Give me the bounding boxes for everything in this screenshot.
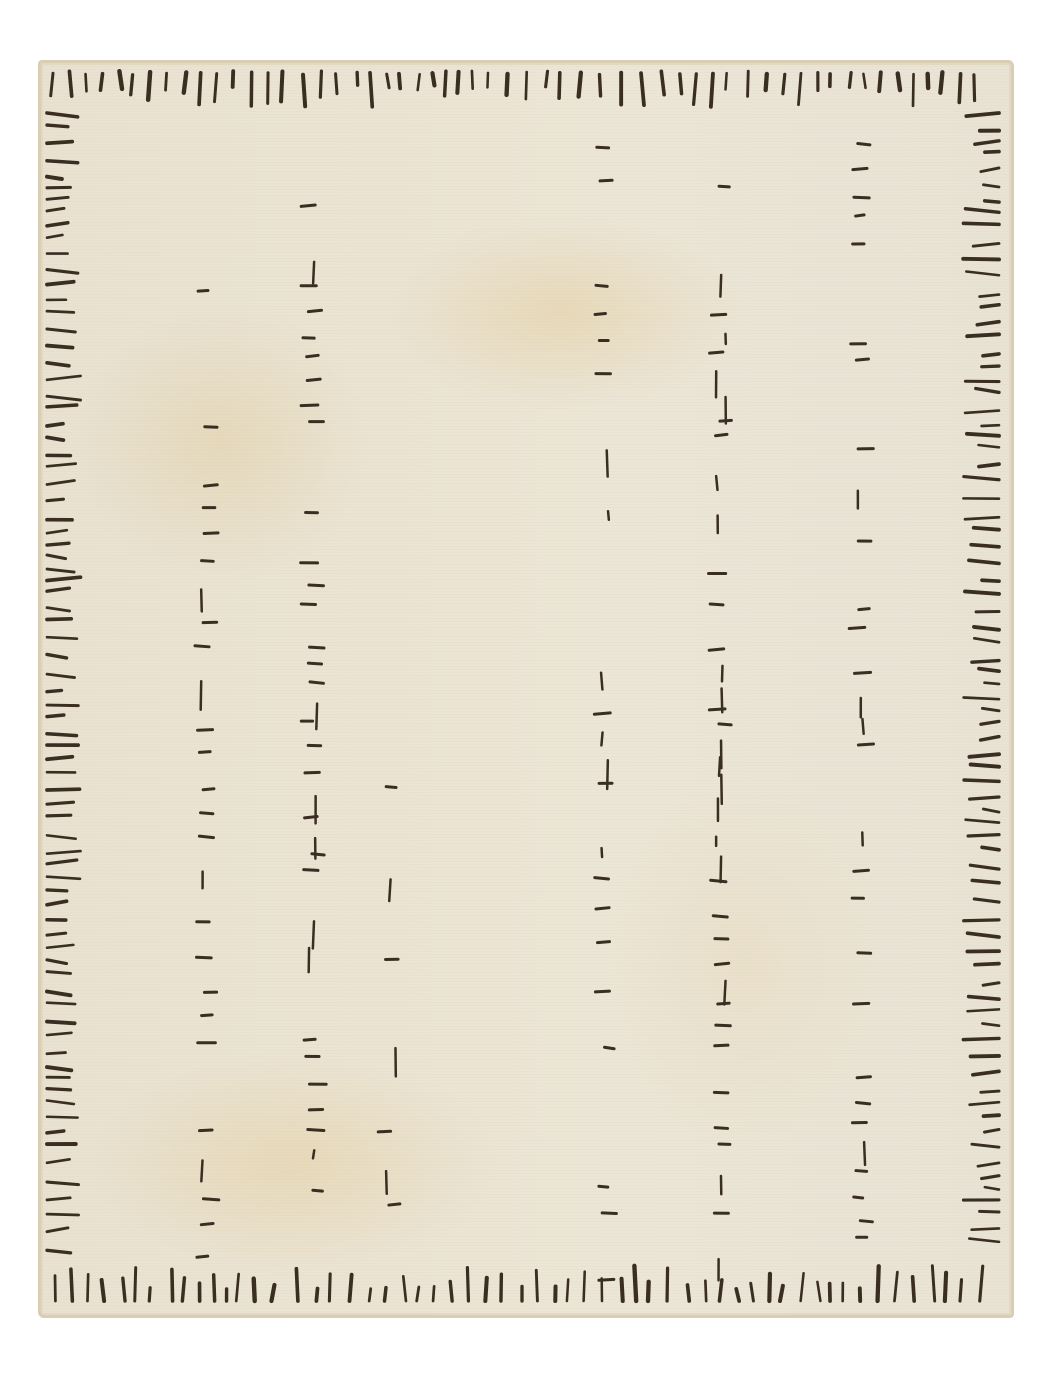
rug: Cream wool rug with dark brown abstract …	[38, 60, 1014, 1318]
rug-motif-pattern	[41, 63, 1011, 1315]
